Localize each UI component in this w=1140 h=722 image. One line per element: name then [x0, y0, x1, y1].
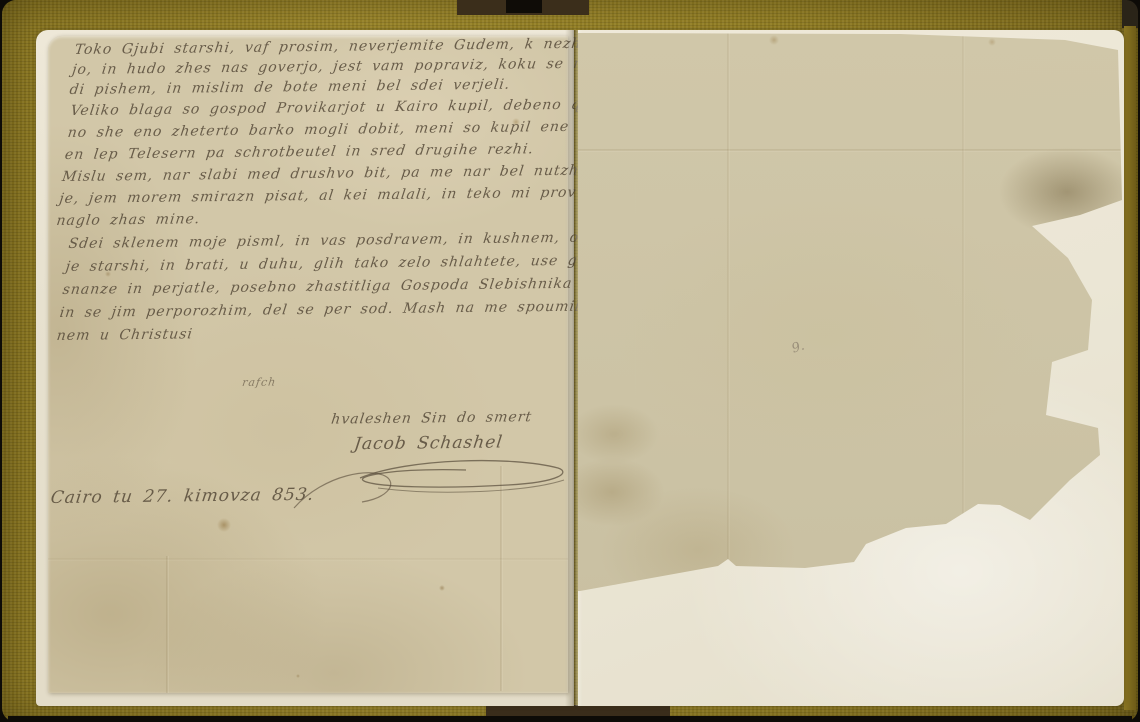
letter-paragraph-1: Toko Gjubi starshi, vaf prosim, neverjem… [68, 33, 645, 100]
signature-block: hvaleshen Sin do smert Jacob Schashel [292, 405, 569, 458]
fold-crease [727, 30, 730, 590]
top-right-corner-shadow [1122, 0, 1138, 28]
letter-paragraph-2: Veliko blaga so gospod Provikarjot u Kai… [55, 93, 641, 232]
pencil-page-number: 9. [790, 338, 806, 356]
dateline-flourish [290, 464, 400, 520]
letter-page-left: Toko Gjubi starshi, vaf prosim, neverjem… [48, 36, 568, 693]
fold-crease [962, 30, 965, 530]
right-cover-edge [1124, 26, 1136, 710]
fold-crease [48, 558, 568, 561]
scanned-letter-spread: Toko Gjubi starshi, vaf prosim, neverjem… [0, 0, 1140, 722]
fold-crease [500, 466, 503, 691]
top-spine-black-block [506, 0, 542, 13]
dateline: Cairo tu 27. kimovza 853. [49, 485, 315, 508]
bottom-cover-edge [8, 716, 1132, 722]
marginal-word: rafch [241, 376, 277, 389]
fold-crease [166, 556, 169, 693]
valediction-line: hvaleshen Sin do smert [295, 405, 569, 432]
fold-crease [578, 149, 1124, 152]
